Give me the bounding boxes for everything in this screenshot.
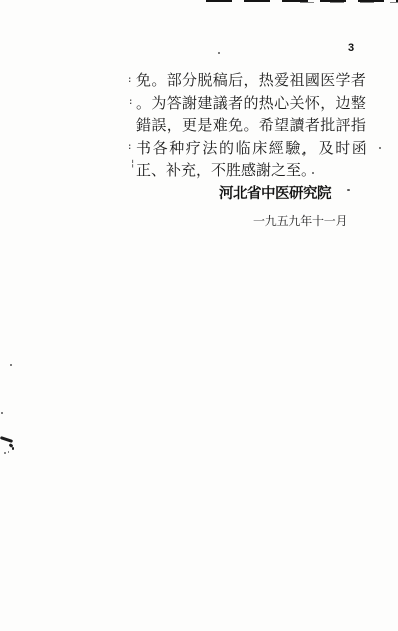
text-line: 錯誤，更是难免。希望讀者批評指	[136, 115, 376, 138]
scan-edge-dashed-line-faint	[300, 2, 398, 3]
text-line: 。为答謝建議者的热心关怀，边整	[136, 93, 376, 116]
signature-organization: 河北省中医研究院	[219, 182, 331, 203]
ink-speck	[379, 147, 381, 149]
clipped-char-fragment: :	[127, 76, 132, 85]
ink-speck	[302, 153, 304, 155]
text-line: 书各种疗法的临床經驗，及时函	[136, 138, 376, 161]
ink-speck	[218, 52, 220, 54]
text-line: 免。部分脱稿后，热爱祖國医学者	[136, 70, 376, 93]
ink-speck	[1, 412, 3, 414]
date-line: 一九五九年十一月	[253, 212, 347, 229]
text-line: 正、补充，不胜感謝之至。	[136, 160, 376, 183]
page-number: 3	[348, 42, 354, 54]
clipped-char-fragment: :	[127, 143, 132, 152]
ink-speck	[312, 172, 314, 174]
ink-speck	[10, 364, 12, 366]
clipped-char-fragment: ¦	[130, 160, 135, 169]
ink-speck	[296, 170, 298, 172]
ink-speck	[347, 189, 350, 191]
scanned-book-page: 3 : : : ¦ 免。部分脱稿后，热爱祖國医学者 。为答謝建議者的热心关怀，边…	[0, 0, 398, 631]
clipped-char-fragment: :	[128, 98, 133, 107]
preface-paragraph: 免。部分脱稿后，热爱祖國医学者 。为答謝建議者的热心关怀，边整 錯誤，更是难免。…	[136, 70, 376, 183]
